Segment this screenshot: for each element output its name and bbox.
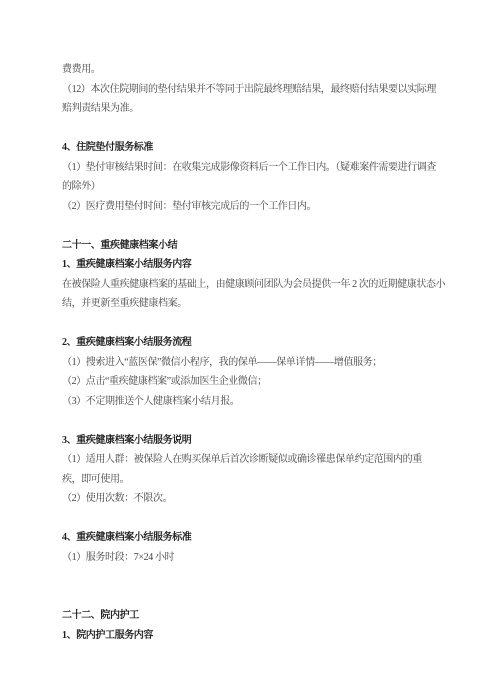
heading: 1、重疾健康档案小结服务内容	[62, 255, 439, 275]
paragraph: 费费用。	[62, 60, 439, 80]
text-line: （2）医疗费用垫付时间：垫付审核完成后的一个工作日内。	[62, 197, 439, 217]
text-line: 1、重疾健康档案小结服务内容	[62, 255, 439, 275]
paragraph: （1）适用人群：被保险人在购买保单后首次诊断疑似或确诊罹患保单约定范围内的重疾，…	[62, 450, 439, 489]
text-line: （1）适用人群：被保险人在购买保单后首次诊断疑似或确诊罹患保单约定范围内的重	[62, 450, 439, 470]
text-line: （2）点击“重疾健康档案”或添加医生企业微信；	[62, 372, 439, 392]
text-line: 二十二、院内护工	[62, 606, 439, 626]
paragraph: （12）本次住院期间的垫付结果并不等同于出院最终理赔结果，最终赔付结果要以实际理…	[62, 80, 439, 119]
text-line: 3、重疾健康档案小结服务说明	[62, 431, 439, 451]
heading: 1、院内护工服务内容	[62, 626, 439, 646]
text-line: 1、院内护工服务内容	[62, 626, 439, 646]
paragraph: 在被保险人重疾健康档案的基础上，由健康顾问团队为会员提供一年 2 次的近期健康状…	[62, 275, 439, 314]
text-line: 的除外）	[62, 177, 439, 197]
text-line: 赔判责结果为准。	[62, 99, 439, 119]
paragraph: （2）点击“重疾健康档案”或添加医生企业微信；	[62, 372, 439, 392]
paragraph: （3）不定期推送个人健康档案小结月报。	[62, 392, 439, 412]
paragraph: （2）医疗费用垫付时间：垫付审核完成后的一个工作日内。	[62, 197, 439, 217]
text-line: 在被保险人重疾健康档案的基础上，由健康顾问团队为会员提供一年 2 次的近期健康状…	[62, 275, 439, 295]
text-line: （1）服务时段：7×24 小时	[62, 548, 439, 568]
document-page: 费费用。（12）本次住院期间的垫付结果并不等同于出院最终理赔结果，最终赔付结果要…	[0, 0, 495, 700]
paragraph: （2）使用次数：不限次。	[62, 489, 439, 509]
text-line: 费费用。	[62, 60, 439, 80]
text-line: （2）使用次数：不限次。	[62, 489, 439, 509]
text-line: 疾，即可使用。	[62, 470, 439, 490]
text-line: 二十一、重疾健康档案小结	[62, 236, 439, 256]
chapter-heading: 二十一、重疾健康档案小结	[62, 236, 439, 256]
heading: 4、住院垫付服务标准	[62, 138, 439, 158]
heading: 2、重疾健康档案小结服务流程	[62, 333, 439, 353]
text-line: （1）垫付审核结果时间：在收集完成影像资料后一个工作日内。（疑难案件需要进行调查	[62, 158, 439, 178]
text-line: 4、重疾健康档案小结服务标准	[62, 528, 439, 548]
text-line: （3）不定期推送个人健康档案小结月报。	[62, 392, 439, 412]
text-line: 2、重疾健康档案小结服务流程	[62, 333, 439, 353]
chapter-heading: 二十二、院内护工	[62, 606, 439, 626]
heading: 4、重疾健康档案小结服务标准	[62, 528, 439, 548]
paragraph: （1）服务时段：7×24 小时	[62, 548, 439, 568]
text-line: （12）本次住院期间的垫付结果并不等同于出院最终理赔结果，最终赔付结果要以实际理	[62, 80, 439, 100]
heading: 3、重疾健康档案小结服务说明	[62, 431, 439, 451]
text-line: 结，并更新至重疾健康档案。	[62, 294, 439, 314]
paragraph: （1）垫付审核结果时间：在收集完成影像资料后一个工作日内。（疑难案件需要进行调查…	[62, 158, 439, 197]
paragraph: （1）搜索进入“蓝医保”微信小程序，我的保单——保单详情——增值服务；	[62, 353, 439, 373]
text-line: （1）搜索进入“蓝医保”微信小程序，我的保单——保单详情——增值服务；	[62, 353, 439, 373]
text-line: 4、住院垫付服务标准	[62, 138, 439, 158]
